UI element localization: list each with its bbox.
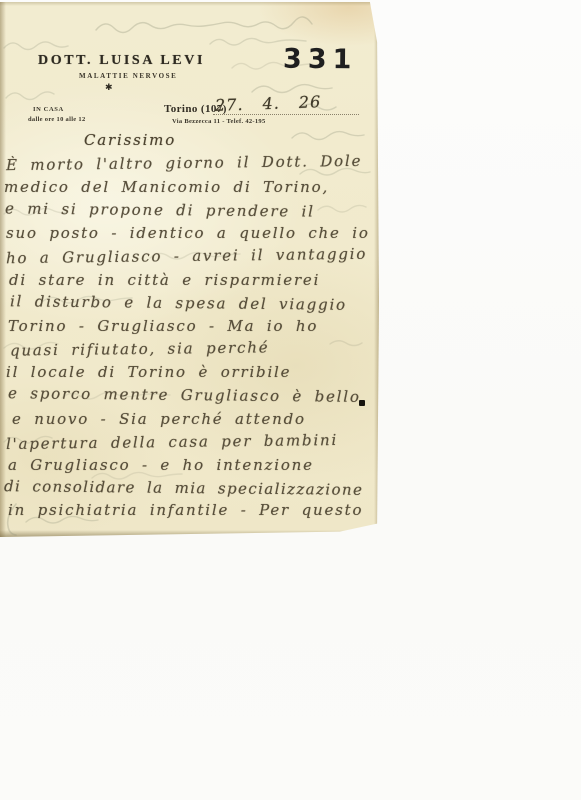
handwriting-line: in psichiatria infantile - Per questo [8, 501, 363, 519]
handwriting-line: suo posto - identico a quello che io [6, 224, 370, 242]
handwriting-line: il disturbo e la spesa del viaggio [10, 292, 347, 314]
address-line: Via Bezzecca 11 - Telef. 42-195 [172, 118, 266, 125]
handwriting-line: Torino - Grugliasco - Ma io ho [8, 317, 318, 335]
handwriting-line: il locale di Torino è orribile [6, 363, 291, 381]
handwriting-line: l'apertura della casa per bambini [6, 431, 338, 453]
handwriting-line: di consolidare la mia specializzazione [4, 477, 363, 499]
handwritten-date: 27. 4. 26 [215, 92, 322, 115]
handwriting-line: di stare in città e risparmierei [9, 271, 320, 289]
office-hours-title: IN CASA [33, 106, 64, 113]
handwriting-line: e sporco mentre Grugliasco è bello [8, 384, 361, 406]
letterhead-ornament-icon: ✱ [105, 82, 113, 93]
letterhead-specialty: MALATTIE NERVOSE [79, 72, 177, 80]
handwriting-line: medico del Manicomio di Torino, [4, 178, 329, 196]
handwriting-line: e nuovo - Sia perché attendo [12, 410, 306, 428]
catalog-number-stamp: 331 [283, 44, 358, 76]
handwriting-line: a Grugliasco - e ho intenzione [8, 456, 314, 474]
letterhead-name: DOTT. LUISA LEVI [38, 53, 205, 69]
handwriting-line: e mi si propone di prendere il [5, 199, 315, 220]
scanned-letter-page: DOTT. LUISA LEVI MALATTIE NERVOSE ✱ IN C… [0, 0, 581, 800]
handwriting-line: È morto l'altro giorno il Dott. Dole [6, 152, 362, 174]
office-hours-times: dalle ore 10 alle 12 [28, 116, 86, 123]
ink-blot [359, 400, 365, 406]
handwriting-line: ho a Grugliasco - avrei il vantaggio [6, 245, 367, 267]
letter-paper: DOTT. LUISA LEVI MALATTIE NERVOSE ✱ IN C… [0, 2, 379, 537]
handwriting-line: quasi rifiutato, sia perché [10, 338, 270, 359]
salutation: Carissimo [84, 131, 176, 149]
